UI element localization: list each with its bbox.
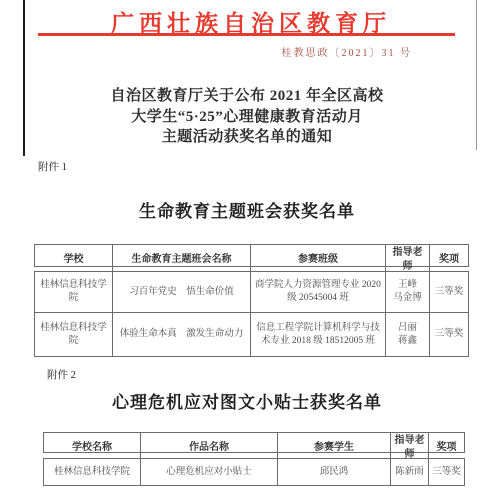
table-cell-teachers: 吕丽 蒋鑫 xyxy=(386,313,430,356)
life-education-table-header: 学校 生命教育主题班会名称 参赛班级 指导老师 奖项 xyxy=(34,244,469,267)
letterhead-divider-line xyxy=(38,33,455,36)
table-cell-competing-class: 信息工程学院计算机科学与技术专业 2018 级 18512005 班 xyxy=(251,313,386,356)
psych-tips-table-header: 学校名称 作品名称 参赛学生 指导老师 奖项 xyxy=(43,432,465,453)
table-cell-school: 桂林信息科技学院 xyxy=(35,313,113,356)
notice-title-line-1: 自治区教育厅关于公布 2021 年全区高校 xyxy=(0,86,494,107)
teacher-name: 马金博 xyxy=(393,292,422,305)
teacher-name: 王峰 xyxy=(398,279,417,292)
table-cell-work-name: 心理危机应对小贴士 xyxy=(141,459,278,485)
teacher-name: 吕丽 xyxy=(398,322,417,335)
table-cell-award: 三等奖 xyxy=(430,272,468,313)
attachment2-label: 附件 2 xyxy=(47,367,76,382)
teacher-name: 蒋鑫 xyxy=(398,335,417,348)
notice-title-line-2: 大学生“5·25”心理健康教育活动月 xyxy=(0,107,494,128)
table-cell-student: 邱民鸿 xyxy=(278,459,391,485)
document-page: 广西壮族自治区教育厅 桂教思政〔2021〕31 号 自治区教育厅关于公布 202… xyxy=(0,0,494,502)
table-cell-class-meeting-name: 习百年党史 悟生命价值 xyxy=(113,272,251,313)
table-cell-award: 三等奖 xyxy=(429,459,464,485)
doc-number: 桂教思政〔2021〕31 号 xyxy=(282,44,413,59)
notice-title-line-3: 主题活动获奖名单的通知 xyxy=(0,127,494,148)
table-cell-competing-class: 商学院人力资源管理专业 2020 级 20545004 班 xyxy=(251,272,386,313)
table-cell-teachers: 王峰 马金博 xyxy=(386,272,430,313)
table-cell-teacher: 陈新雨 xyxy=(391,459,429,485)
table-cell-award: 三等奖 xyxy=(430,313,468,356)
notice-title: 自治区教育厅关于公布 2021 年全区高校 大学生“5·25”心理健康教育活动月… xyxy=(0,86,494,148)
psych-tips-table-body: 桂林信息科技学院 心理危机应对小贴士 邱民鸿 陈新雨 三等奖 xyxy=(43,458,465,486)
attachment2-section-title: 心理危机应对图文小贴士获奖名单 xyxy=(0,388,494,413)
table-cell-class-meeting-name: 体验生命本真 激发生命动力 xyxy=(113,313,251,356)
life-education-table-body: 桂林信息科技学院 习百年党史 悟生命价值 商学院人力资源管理专业 2020 级 … xyxy=(34,271,469,357)
table-cell-school: 桂林信息科技学院 xyxy=(44,459,141,485)
attachment1-section-title: 生命教育主题班会获奖名单 xyxy=(0,197,494,222)
table-cell-school: 桂林信息科技学院 xyxy=(35,272,113,313)
attachment1-label: 附件 1 xyxy=(38,159,67,174)
